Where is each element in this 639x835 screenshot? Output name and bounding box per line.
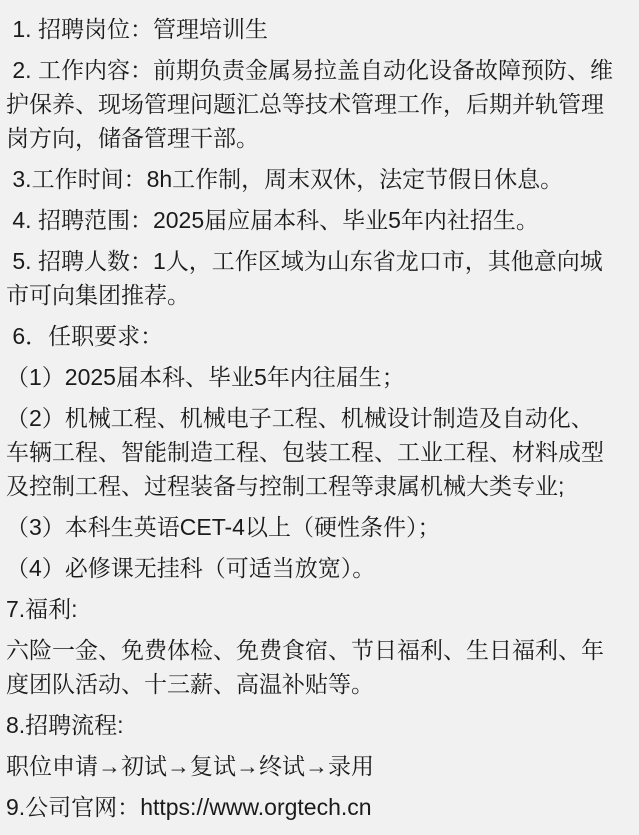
paragraph-benefits-body: 六险一金、免费体检、免费食宿、节日福利、生日福利、年 度团队活动、十三薪、高温补… — [6, 633, 633, 701]
paragraph-requirements-title: 6．任职要求： — [6, 319, 633, 353]
paragraph-job-duties: 2. 工作内容：前期负责金属易拉盖自动化设备故障预防、维 护保养、现场管理问题汇… — [6, 53, 633, 155]
paragraph-recruit-scope: 4. 招聘范围：2025届应届本科、毕业5年内社招生。 — [6, 203, 633, 237]
paragraph-headcount: 5. 招聘人数：1人，工作区域为山东省龙口市，其他意向城 市可向集团推荐。 — [6, 244, 633, 312]
paragraph-process-title: 8.招聘流程: — [6, 708, 633, 742]
paragraph-company-website: 9.公司官网：https://www.orgtech.cn — [6, 790, 633, 824]
paragraph-benefits-title: 7.福利: — [6, 592, 633, 626]
company-website-label: 9.公司官网： — [6, 794, 140, 820]
paragraph-requirement-2: （2）机械工程、机械电子工程、机械设计制造及自动化、 车辆工程、智能制造工程、包… — [6, 401, 633, 503]
paragraph-requirement-3: （3）本科生英语CET-4以上（硬性条件）； — [6, 510, 633, 544]
paragraph-recruit-position: 1. 招聘岗位：管理培训生 — [6, 12, 633, 46]
paragraph-process-body: 职位申请→初试→复试→终试→录用 — [6, 749, 633, 783]
job-posting-document: 1. 招聘岗位：管理培训生 2. 工作内容：前期负责金属易拉盖自动化设备故障预防… — [0, 0, 639, 835]
paragraph-work-hours: 3.工作时间：8h工作制，周末双休，法定节假日休息。 — [6, 162, 633, 196]
company-website-url[interactable]: https://www.orgtech.cn — [140, 794, 371, 820]
paragraph-requirement-4: （4）必修课无挂科（可适当放宽）。 — [6, 551, 633, 585]
paragraph-requirement-1: （1）2025届本科、毕业5年内往届生； — [6, 360, 633, 394]
